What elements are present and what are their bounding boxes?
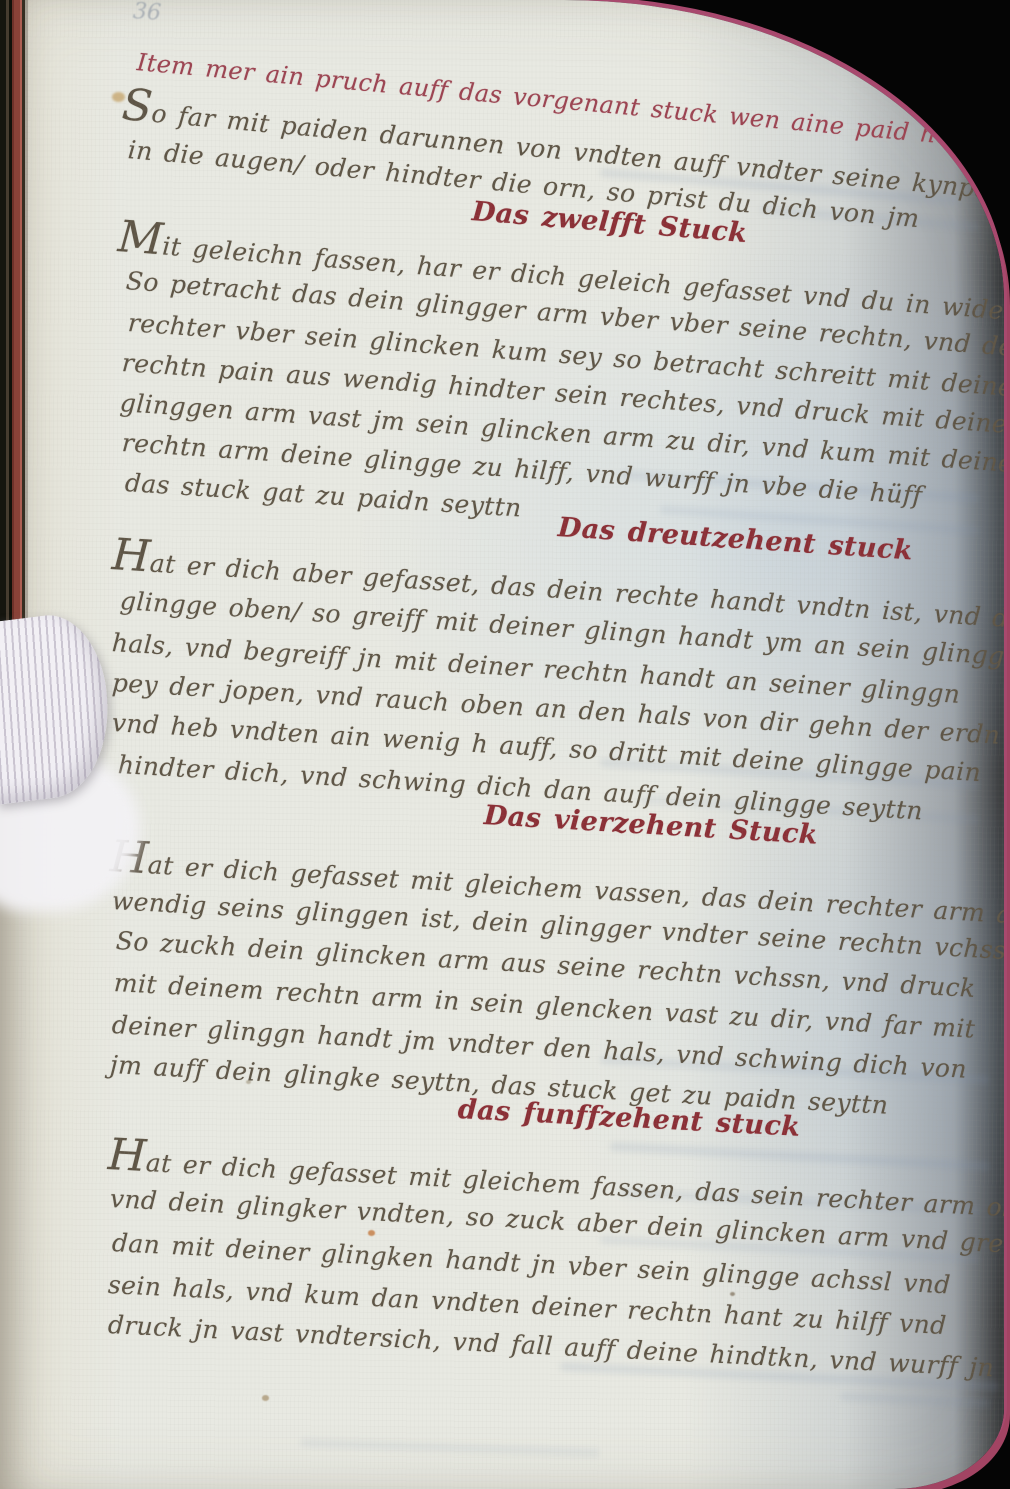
text-layer: Item mer ain pruch auff das vorgenant st… — [0, 0, 1004, 1489]
section-heading: Das dreutzehent stuck — [557, 512, 914, 566]
parchment-page: 36 Item mer ain pruch auff das vorgenant… — [0, 0, 1004, 1489]
manuscript-photo: 36 Item mer ain pruch auff das vorgenant… — [0, 0, 1010, 1489]
